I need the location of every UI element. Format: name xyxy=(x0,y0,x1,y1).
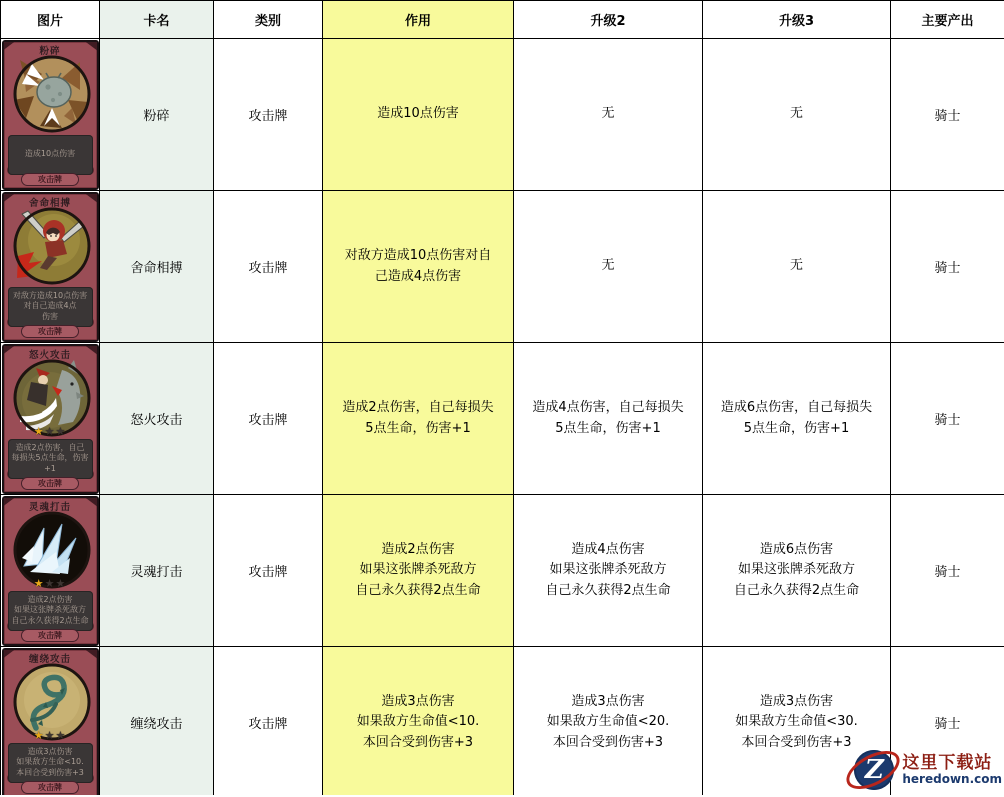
card-stars: ★★★ xyxy=(4,426,97,438)
cell-card-name: 灵魂打击 xyxy=(100,495,214,647)
cell-effect: 造成2点伤害 如果这张牌杀死敌方 自己永久获得2点生命 xyxy=(323,495,514,647)
header-row: 图片 卡名 类别 作用 升级2 升级3 主要产出 xyxy=(1,1,1004,39)
header-cell-output: 主要产出 xyxy=(891,1,1004,39)
cell-image: 粉碎 造成10点伤害 攻击牌 xyxy=(1,39,100,191)
table-row: 舍命相搏 对敌方造成10点伤害 对自己造成4点 伤害 攻击牌 xyxy=(1,191,1004,343)
card-description: 造成3点伤害 如果敌方生命<10. 本回合受到伤害+3 xyxy=(8,743,93,783)
cell-upgrade3: 无 xyxy=(703,39,891,191)
header-cell-effect: 作用 xyxy=(323,1,514,39)
card-guide-table: 图片 卡名 类别 作用 升级2 升级3 主要产出 粉碎 xyxy=(0,0,1004,795)
card-type-badge: 攻击牌 xyxy=(21,477,79,490)
game-card: 怒火攻击 ★★★ 造成2点伤害，自己 每损失5点生命，伤害+1 xyxy=(2,344,99,494)
table-row: 粉碎 造成10点伤害 攻击牌 xyxy=(1,39,1004,191)
watermark-site-url[interactable]: heredown.com xyxy=(902,773,1002,786)
card-title: 怒火攻击 xyxy=(4,347,97,361)
cell-category: 攻击牌 xyxy=(214,39,323,191)
watermark-site-name: 这里下载站 xyxy=(902,754,992,773)
game-card: 粉碎 造成10点伤害 攻击牌 xyxy=(2,40,99,190)
card-title: 舍命相搏 xyxy=(4,195,97,209)
card-stars: ★★★ xyxy=(4,578,97,590)
cell-effect: 造成3点伤害 如果敌方生命值<10. 本回合受到伤害+3 xyxy=(323,647,514,796)
star-icon: ★ xyxy=(34,577,45,590)
card-table-body: 粉碎 造成10点伤害 攻击牌 xyxy=(1,39,1004,796)
cell-upgrade3: 无 xyxy=(703,191,891,343)
star-icon: ★ xyxy=(34,425,45,438)
cell-effect: 造成10点伤害 xyxy=(323,39,514,191)
header-cell-card-name: 卡名 xyxy=(100,1,214,39)
star-icon: ★ xyxy=(55,729,66,742)
star-icon: ★ xyxy=(45,425,56,438)
cell-card-name: 舍命相搏 xyxy=(100,191,214,343)
card-type-badge: 攻击牌 xyxy=(21,325,79,338)
cell-upgrade2: 无 xyxy=(514,191,703,343)
cell-category: 攻击牌 xyxy=(214,191,323,343)
game-card: 灵魂打击 ★★★ 造成2点伤害 如果这张牌杀死敌方 自己永久获得2点生命 xyxy=(2,496,99,646)
header-cell-upgrade2: 升级2 xyxy=(514,1,703,39)
cell-output: 骑士 xyxy=(891,343,1004,495)
card-description: 造成2点伤害 如果这张牌杀死敌方 自己永久获得2点生命 xyxy=(8,591,93,631)
cell-upgrade3: 造成6点伤害，自己每损失 5点生命，伤害+1 xyxy=(703,343,891,495)
cell-card-name: 缠绕攻击 xyxy=(100,647,214,796)
watermark[interactable]: Z 这里下载站 heredown.com xyxy=(850,747,1002,793)
card-description: 造成2点伤害，自己 每损失5点生命，伤害+1 xyxy=(8,439,93,479)
star-icon: ★ xyxy=(55,425,66,438)
header-cell-category: 类别 xyxy=(214,1,323,39)
cell-upgrade3: 造成6点伤害 如果这张牌杀死敌方 自己永久获得2点生命 xyxy=(703,495,891,647)
card-title: 粉碎 xyxy=(4,43,97,57)
desperate-fight-icon xyxy=(12,206,92,286)
card-title: 灵魂打击 xyxy=(4,499,97,513)
cell-category: 攻击牌 xyxy=(214,343,323,495)
cell-category: 攻击牌 xyxy=(214,495,323,647)
cell-upgrade2: 造成4点伤害 如果这张牌杀死敌方 自己永久获得2点生命 xyxy=(514,495,703,647)
cell-effect: 对敌方造成10点伤害对自 己造成4点伤害 xyxy=(323,191,514,343)
card-description: 对敌方造成10点伤害 对自己造成4点 伤害 xyxy=(8,287,93,327)
header-cell-upgrade3: 升级3 xyxy=(703,1,891,39)
cell-output: 骑士 xyxy=(891,39,1004,191)
star-icon: ★ xyxy=(34,729,45,742)
cell-card-name: 粉碎 xyxy=(100,39,214,191)
cell-image: 舍命相搏 对敌方造成10点伤害 对自己造成4点 伤害 攻击牌 xyxy=(1,191,100,343)
card-type-badge: 攻击牌 xyxy=(21,629,79,642)
card-stars: ★★★ xyxy=(4,730,97,742)
cell-image: 怒火攻击 ★★★ 造成2点伤害，自己 每损失5点生命，伤害+1 xyxy=(1,343,100,495)
cell-card-name: 怒火攻击 xyxy=(100,343,214,495)
star-icon: ★ xyxy=(45,577,56,590)
table-row: 怒火攻击 ★★★ 造成2点伤害，自己 每损失5点生命，伤害+1 xyxy=(1,343,1004,495)
game-card: 舍命相搏 对敌方造成10点伤害 对自己造成4点 伤害 攻击牌 xyxy=(2,192,99,342)
cell-category: 攻击牌 xyxy=(214,647,323,796)
cell-output: 骑士 xyxy=(891,191,1004,343)
cell-upgrade2: 造成4点伤害，自己每损失 5点生命，伤害+1 xyxy=(514,343,703,495)
card-art xyxy=(12,54,92,134)
cell-image: 缠绕攻击 ★★★ 造成3点伤害 如果敌方生命<10. 本回合受到伤害+3 攻击牌 xyxy=(1,647,100,796)
cell-image: 灵魂打击 ★★★ 造成2点伤害 如果这张牌杀死敌方 自己永久获得2点生命 xyxy=(1,495,100,647)
cell-upgrade2: 造成3点伤害 如果敌方生命值<20. 本回合受到伤害+3 xyxy=(514,647,703,796)
table-row: 灵魂打击 ★★★ 造成2点伤害 如果这张牌杀死敌方 自己永久获得2点生命 xyxy=(1,495,1004,647)
watermark-logo: Z xyxy=(850,747,896,793)
cell-output: 骑士 xyxy=(891,495,1004,647)
card-title: 缠绕攻击 xyxy=(4,651,97,665)
mace-impact-icon xyxy=(12,54,92,134)
header-cell-image: 图片 xyxy=(1,1,100,39)
card-description: 造成10点伤害 xyxy=(8,135,93,175)
game-card: 缠绕攻击 ★★★ 造成3点伤害 如果敌方生命<10. 本回合受到伤害+3 攻击牌 xyxy=(2,648,99,796)
cell-upgrade2: 无 xyxy=(514,39,703,191)
cell-effect: 造成2点伤害，自己每损失 5点生命，伤害+1 xyxy=(323,343,514,495)
star-icon: ★ xyxy=(45,729,56,742)
card-type-badge: 攻击牌 xyxy=(21,781,79,794)
star-icon: ★ xyxy=(55,577,66,590)
card-type-badge: 攻击牌 xyxy=(21,173,79,186)
card-art xyxy=(12,206,92,286)
